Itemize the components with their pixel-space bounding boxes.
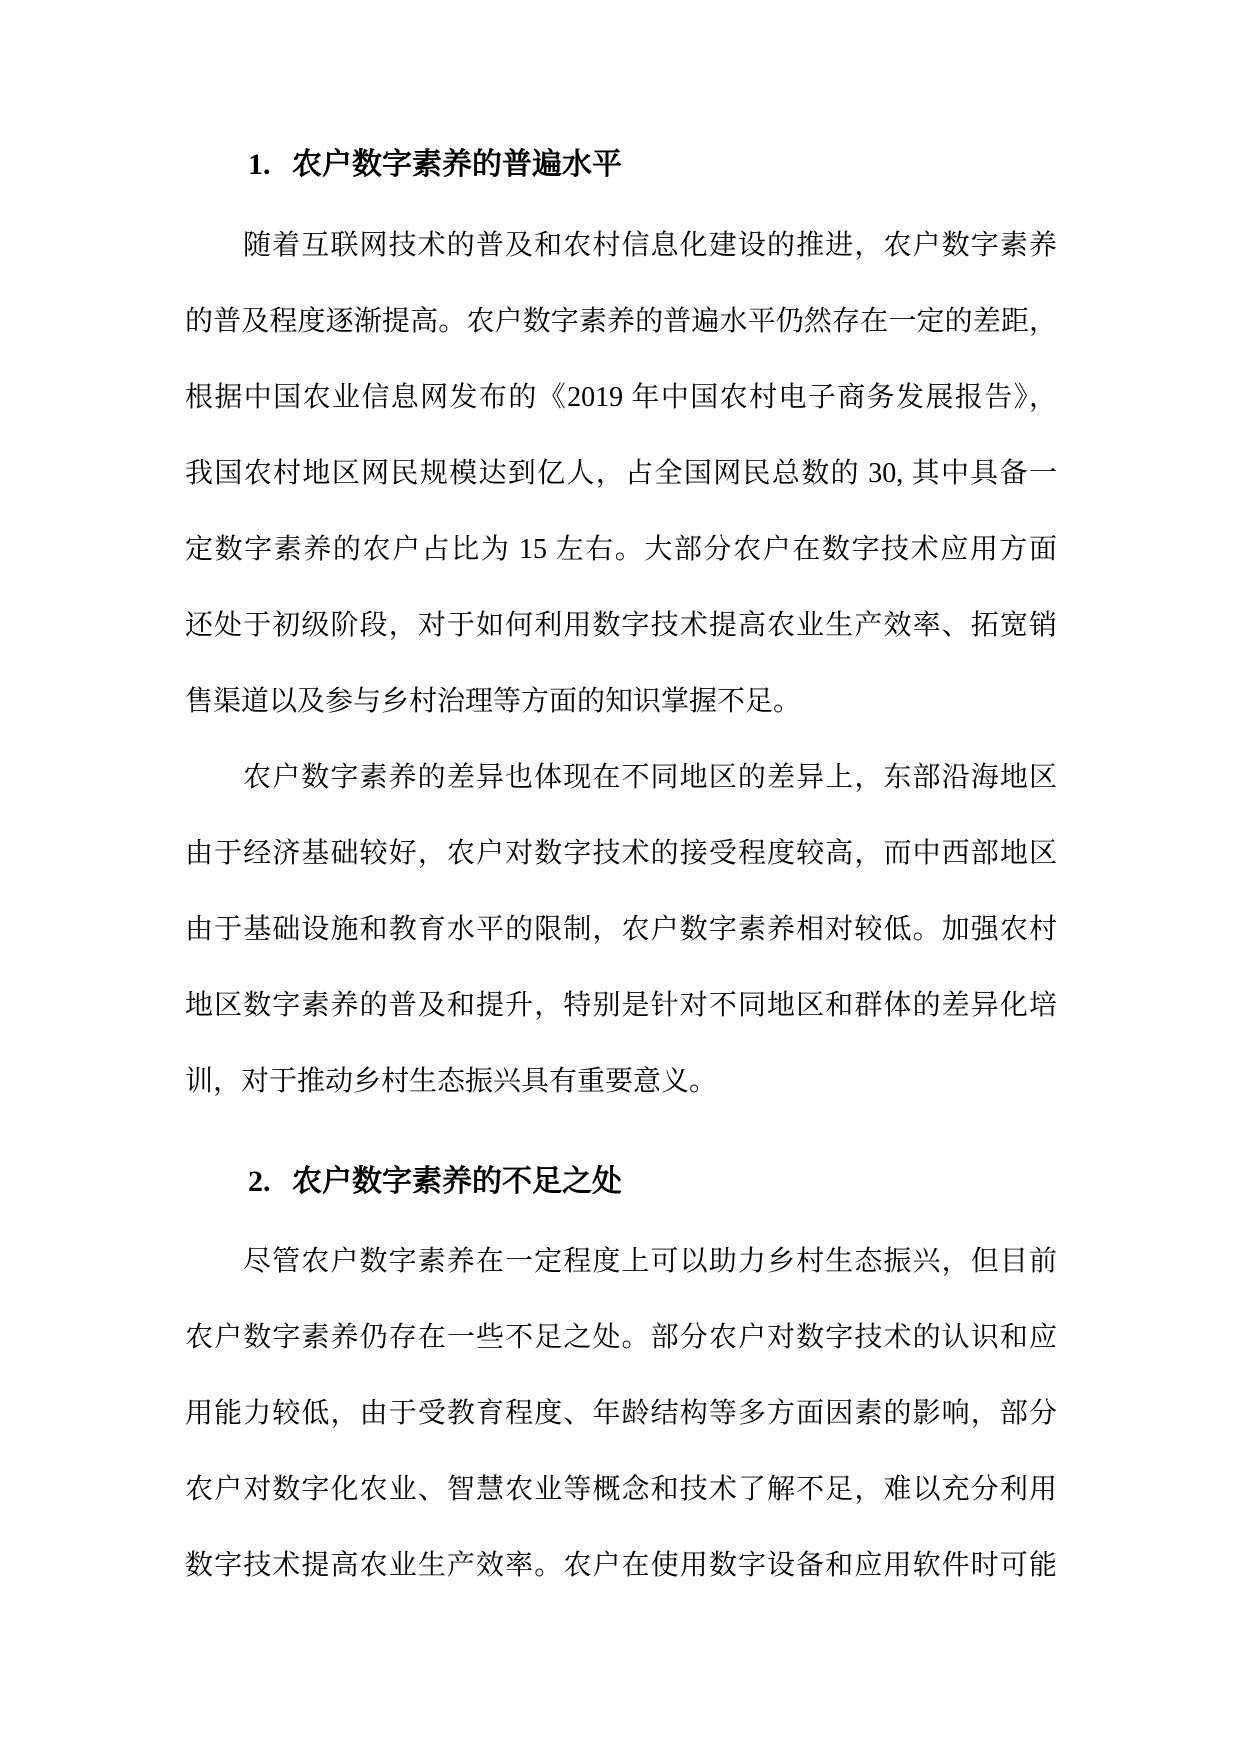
document-page-content: 1.农户数字素养的普遍水平随着互联网技术的普及和农村信息化建设的推进，农户数字素… (185, 0, 1057, 1604)
text-line: 农户对数字化农业、智慧农业等概念和技术了解不足，难以充分利用 (185, 1452, 1057, 1528)
text-line: 农户数字素养仍存在一些不足之处。部分农户对数字技术的认识和应 (185, 1300, 1057, 1376)
section-heading: 2.农户数字素养的不足之处 (248, 1165, 1057, 1199)
text-line: 尽管农户数字素养在一定程度上可以助力乡村生态振兴，但目前 (185, 1224, 1057, 1300)
text-line: 我国农村地区网民规模达到亿人，占全国网民总数的 30, 其中具备一 (185, 436, 1057, 512)
paragraph: 尽管农户数字素养在一定程度上可以助力乡村生态振兴，但目前农户数字素养仍存在一些不… (185, 1224, 1057, 1604)
heading-number: 1. (248, 148, 292, 182)
heading-title: 农户数字素养的不足之处 (292, 1165, 622, 1198)
text-line: 数字技术提高农业生产效率。农户在使用数字设备和应用软件时可能 (185, 1528, 1057, 1604)
text-line: 根据中国农业信息网发布的《2019 年中国农村电子商务发展报告》， (185, 360, 1057, 436)
text-line: 训，对于推动乡村生态振兴具有重要意义。 (185, 1044, 1057, 1120)
text-line: 农户数字素养的差异也体现在不同地区的差异上，东部沿海地区 (185, 740, 1057, 816)
text-line: 随着互联网技术的普及和农村信息化建设的推进，农户数字素养 (185, 208, 1057, 284)
paragraph: 农户数字素养的差异也体现在不同地区的差异上，东部沿海地区由于经济基础较好，农户对… (185, 740, 1057, 1120)
heading-number: 2. (248, 1165, 292, 1199)
text-line: 还处于初级阶段，对于如何利用数字技术提高农业生产效率、拓宽销 (185, 588, 1057, 664)
text-line: 地区数字素养的普及和提升，特别是针对不同地区和群体的差异化培 (185, 968, 1057, 1044)
text-line: 的普及程度逐渐提高。农户数字素养的普遍水平仍然存在一定的差距， (185, 284, 1057, 360)
text-line: 定数字素养的农户占比为 15 左右。大部分农户在数字技术应用方面 (185, 512, 1057, 588)
paragraph: 随着互联网技术的普及和农村信息化建设的推进，农户数字素养的普及程度逐渐提高。农户… (185, 208, 1057, 740)
text-line: 用能力较低，由于受教育程度、年龄结构等多方面因素的影响，部分 (185, 1376, 1057, 1452)
text-line: 由于经济基础较好，农户对数字技术的接受程度较高，而中西部地区 (185, 816, 1057, 892)
text-line: 售渠道以及参与乡村治理等方面的知识掌握不足。 (185, 664, 1057, 740)
text-line: 由于基础设施和教育水平的限制，农户数字素养相对较低。加强农村 (185, 892, 1057, 968)
section-heading: 1.农户数字素养的普遍水平 (248, 148, 1057, 182)
document-page: 1.农户数字素养的普遍水平随着互联网技术的普及和农村信息化建设的推进，农户数字素… (0, 0, 1241, 1754)
heading-title: 农户数字素养的普遍水平 (292, 148, 622, 181)
